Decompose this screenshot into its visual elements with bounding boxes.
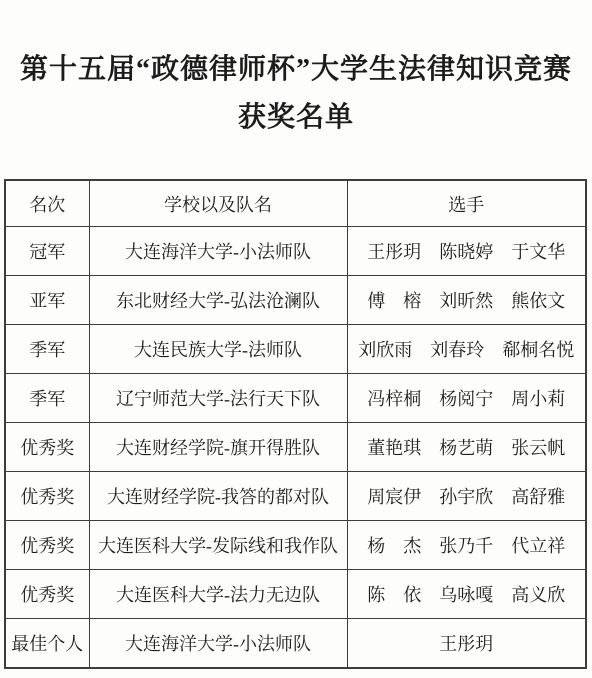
table-row: 最佳个人 大连海洋大学-小法师队 王彤玥: [5, 619, 586, 669]
rank-cell: 优秀奖: [5, 521, 89, 570]
players-cell: 冯梓桐 杨阅宁 周小莉: [347, 374, 586, 423]
table-row: 季军 大连民族大学-法师队 刘欣雨 刘春玲 郗桐名悦: [5, 325, 586, 374]
document-title: 第十五届“政德律师杯”大学生法律知识竞赛 获奖名单: [0, 0, 592, 142]
team-cell: 大连医科大学-发际线和我作队: [89, 521, 347, 570]
rank-cell: 优秀奖: [5, 423, 89, 472]
title-line-1: 第十五届“政德律师杯”大学生法律知识竞赛: [0, 46, 592, 94]
document-page: 第十五届“政德律师杯”大学生法律知识竞赛 获奖名单 名次 学校以及队名 选手 冠…: [0, 0, 592, 678]
players-cell: 刘欣雨 刘春玲 郗桐名悦: [347, 325, 586, 374]
players-cell: 董艳琪 杨艺萌 张云帆: [347, 423, 586, 472]
table-row: 冠军 大连海洋大学-小法师队 王彤玥 陈晓婷 于文华: [5, 227, 586, 276]
rank-cell: 优秀奖: [5, 472, 89, 521]
rank-cell: 季军: [5, 325, 89, 374]
title-line-2: 获奖名单: [0, 94, 592, 142]
team-cell: 大连民族大学-法师队: [89, 325, 347, 374]
team-cell: 大连海洋大学-小法师队: [89, 227, 347, 276]
table-row: 季军 辽宁师范大学-法行天下队 冯梓桐 杨阅宁 周小莉: [5, 374, 586, 423]
table-header-row: 名次 学校以及队名 选手: [5, 180, 586, 227]
table-row: 优秀奖 大连医科大学-法力无边队 陈 依 乌咏嘎 高义欣: [5, 570, 586, 619]
rank-cell: 季军: [5, 374, 89, 423]
awards-table: 名次 学校以及队名 选手 冠军 大连海洋大学-小法师队 王彤玥 陈晓婷 于文华 …: [4, 179, 587, 669]
players-cell: 陈 依 乌咏嘎 高义欣: [347, 570, 586, 619]
header-players: 选手: [347, 180, 586, 227]
table-row: 亚军 东北财经大学-弘法沧澜队 傅 榕 刘昕然 熊依文: [5, 276, 586, 325]
header-team: 学校以及队名: [89, 180, 347, 227]
team-cell: 大连医科大学-法力无边队: [89, 570, 347, 619]
players-cell: 杨 杰 张乃千 代立祥: [347, 521, 586, 570]
awards-table-body: 冠军 大连海洋大学-小法师队 王彤玥 陈晓婷 于文华 亚军 东北财经大学-弘法沧…: [5, 227, 586, 669]
table-row: 优秀奖 大连财经学院-我答的都对队 周宸伊 孙宇欣 高舒雅: [5, 472, 586, 521]
team-cell: 大连海洋大学-小法师队: [89, 619, 347, 669]
rank-cell: 冠军: [5, 227, 89, 276]
header-rank: 名次: [5, 180, 89, 227]
players-cell: 傅 榕 刘昕然 熊依文: [347, 276, 586, 325]
team-cell: 大连财经学院-旗开得胜队: [89, 423, 347, 472]
players-cell: 周宸伊 孙宇欣 高舒雅: [347, 472, 586, 521]
rank-cell: 最佳个人: [5, 619, 89, 669]
players-cell: 王彤玥 陈晓婷 于文华: [347, 227, 586, 276]
players-cell: 王彤玥: [347, 619, 586, 669]
rank-cell: 亚军: [5, 276, 89, 325]
table-row: 优秀奖 大连财经学院-旗开得胜队 董艳琪 杨艺萌 张云帆: [5, 423, 586, 472]
table-row: 优秀奖 大连医科大学-发际线和我作队 杨 杰 张乃千 代立祥: [5, 521, 586, 570]
team-cell: 东北财经大学-弘法沧澜队: [89, 276, 347, 325]
team-cell: 辽宁师范大学-法行天下队: [89, 374, 347, 423]
team-cell: 大连财经学院-我答的都对队: [89, 472, 347, 521]
rank-cell: 优秀奖: [5, 570, 89, 619]
